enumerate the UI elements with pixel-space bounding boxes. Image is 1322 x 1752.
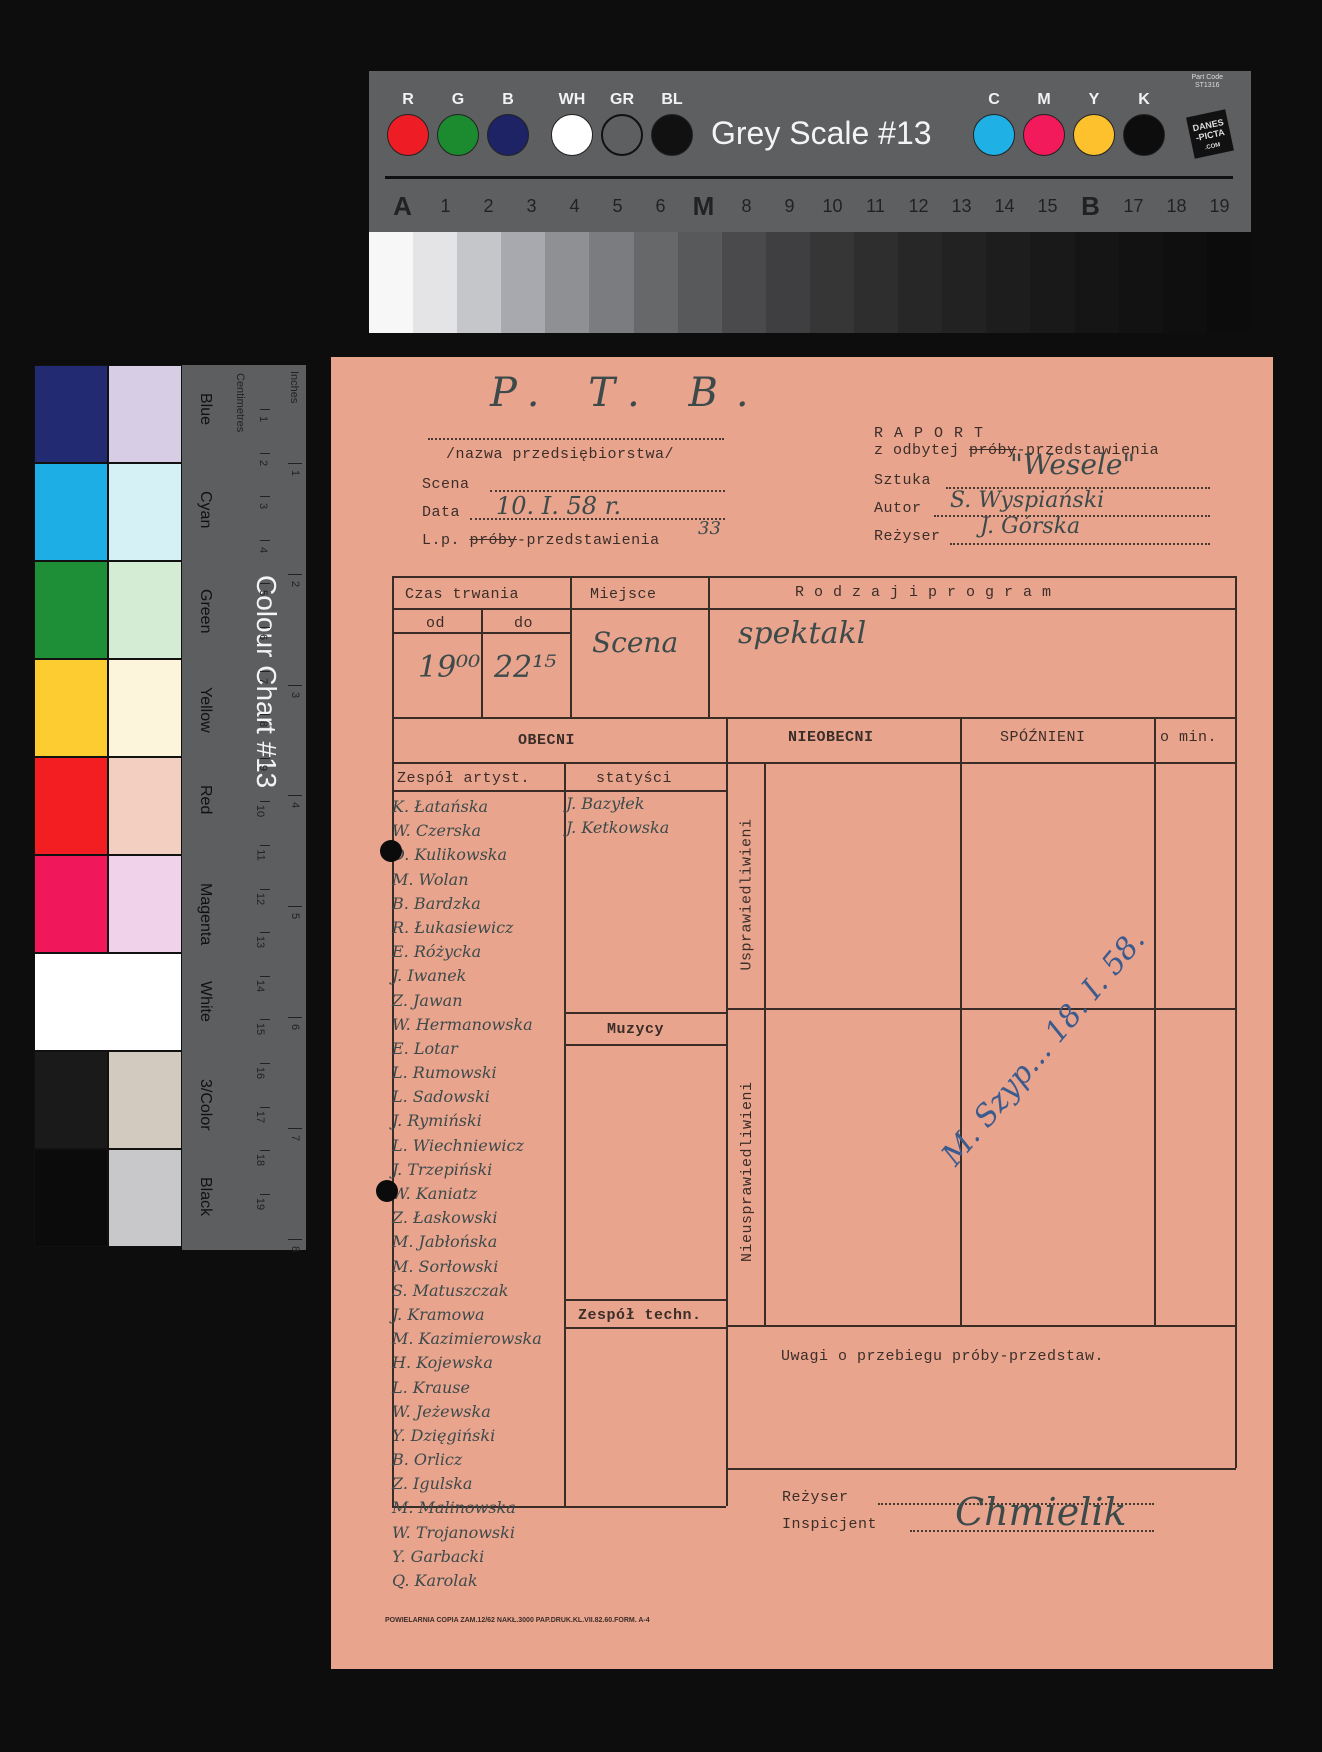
colour-name-label: 3/Color xyxy=(196,1079,214,1131)
patch-blue-dark xyxy=(34,365,108,463)
danes-picta-logo: DANES-PICTA.COM xyxy=(1186,109,1234,158)
grey-step xyxy=(898,232,942,333)
grey-step xyxy=(501,232,545,333)
color-swatch-k xyxy=(1123,114,1165,156)
cm-tick-label: 15 xyxy=(254,1023,266,1035)
sztuka-value: "Wesele" xyxy=(1010,448,1135,481)
step-label: 13 xyxy=(940,196,983,224)
dotted-line xyxy=(950,543,1210,545)
patch-magenta-dark xyxy=(34,855,108,953)
cm-tick-label: 4 xyxy=(257,547,269,553)
colour-chart: Colour Chart #13 Centimetres Inches Blue… xyxy=(34,365,306,1250)
autor-value: S. Wyspiański xyxy=(950,488,1104,513)
artist-name: D. Kulikowska xyxy=(392,843,592,867)
colour-name-label: Blue xyxy=(196,393,214,425)
statysci-header: statyści xyxy=(596,770,672,787)
zespol-artyst-header: Zespół artyst. xyxy=(397,770,530,787)
swatch-label: WH xyxy=(550,91,594,109)
obecni-header: OBECNI xyxy=(518,732,575,749)
grey-step xyxy=(1119,232,1163,333)
step-label: 1 xyxy=(424,196,467,224)
zespol-techn-header: Zespół techn. xyxy=(578,1307,702,1324)
grey-scale-title: Grey Scale #13 xyxy=(711,115,932,152)
table-rule xyxy=(726,1325,1236,1327)
step-label: 17 xyxy=(1112,196,1155,224)
artist-name: J. Iwanek xyxy=(392,964,592,988)
cm-tick-label: 8 xyxy=(257,721,269,727)
artist-list: K. ŁatańskaW. CzerskaD. KulikowskaM. Wol… xyxy=(392,795,592,1593)
patch-green-dark xyxy=(34,561,108,659)
cm-tick-label: 14 xyxy=(254,980,266,992)
artist-name: Y. Dzięgiński xyxy=(392,1424,592,1448)
grey-step xyxy=(678,232,722,333)
nieobecni-header: NIEOBECNI xyxy=(788,729,874,746)
color-swatch-c xyxy=(973,114,1015,156)
artist-name: E. Różycka xyxy=(392,940,592,964)
step-label: 18 xyxy=(1155,196,1198,224)
inch-tick-label: 7 xyxy=(289,1135,301,1141)
czas-trwania-label: Czas trwania xyxy=(405,586,519,603)
artist-name: Z. Igulska xyxy=(392,1472,592,1496)
step-label: 9 xyxy=(768,196,811,224)
grey-scale-card: RGBWHGRBLCMYK Grey Scale #13 Part CodeST… xyxy=(369,71,1251,333)
patch-3-color-dark xyxy=(34,1051,108,1149)
artist-name: Y. Garbacki xyxy=(392,1545,592,1569)
lp-label: L.p. próby-przedstawienia xyxy=(422,532,660,549)
swatch-label: K xyxy=(1122,91,1166,109)
step-label: 5 xyxy=(596,196,639,224)
uwagi-label: Uwagi o przebiegu próby-przedstaw. xyxy=(781,1348,1104,1365)
step-labels: A123456M89101112131415B171819 xyxy=(381,196,1241,224)
patch-red-light xyxy=(108,757,182,855)
colour-name-label: Yellow xyxy=(196,687,214,733)
color-swatch-b xyxy=(487,114,529,156)
table-rule xyxy=(726,1008,1236,1010)
cm-tick-label: 9 xyxy=(257,765,269,771)
step-label: 4 xyxy=(553,196,596,224)
step-label: 10 xyxy=(811,196,854,224)
cm-tick-label: 3 xyxy=(257,503,269,509)
table-rule xyxy=(726,1468,1236,1470)
colour-patches xyxy=(34,365,182,1250)
dotted-line xyxy=(428,438,724,440)
do-label: do xyxy=(514,615,533,632)
extra-name: J. Bazyłek xyxy=(566,792,766,816)
color-swatch-g xyxy=(437,114,479,156)
artist-name: W. Czerska xyxy=(392,819,592,843)
patch-blue-light xyxy=(108,365,182,463)
artist-name: J. Trzepiński xyxy=(392,1158,592,1182)
swatch-label: B xyxy=(486,91,530,109)
color-swatch-r xyxy=(387,114,429,156)
divider xyxy=(385,176,1233,179)
artist-name: S. Matuszczak xyxy=(392,1279,592,1303)
artist-name: J. Kramowa xyxy=(392,1303,592,1327)
grey-step xyxy=(413,232,457,333)
usprawiedliwieni-label: Usprawiedliwieni xyxy=(739,831,756,971)
step-label: 6 xyxy=(639,196,682,224)
patch-black-dark xyxy=(34,1149,108,1247)
artist-name: M. Sorłowski xyxy=(392,1255,592,1279)
patch-green-light xyxy=(108,561,182,659)
inch-tick-label: 2 xyxy=(289,581,301,587)
miejsce-value: Scena xyxy=(592,626,678,659)
artist-name: R. Łukasiewicz xyxy=(392,916,592,940)
grey-step xyxy=(766,232,810,333)
swatch-label: Y xyxy=(1072,91,1116,109)
footer-rezyser-label: Reżyser xyxy=(782,1489,849,1506)
step-label: 14 xyxy=(983,196,1026,224)
step-label: 2 xyxy=(467,196,510,224)
colour-chart-ruler: Colour Chart #13 Centimetres Inches Blue… xyxy=(182,365,306,1250)
patch-3-color-light xyxy=(108,1051,182,1149)
company-name-handwritten: P. T. B. xyxy=(490,370,767,416)
grey-step xyxy=(1075,232,1119,333)
step-label: A xyxy=(381,191,424,224)
extra-name: J. Ketkowska xyxy=(566,816,766,840)
artist-name: K. Łatańska xyxy=(392,795,592,819)
artist-name: L. Rumowski xyxy=(392,1061,592,1085)
artist-name: M. Jabłońska xyxy=(392,1230,592,1254)
color-swatch-y xyxy=(1073,114,1115,156)
cm-tick-label: 16 xyxy=(254,1067,266,1079)
spoznieni-header: SPÓŹNIENI xyxy=(1000,729,1086,746)
inch-tick-label: 5 xyxy=(289,913,301,919)
lp-value: 33 xyxy=(698,518,721,539)
rezyser-label: Reżyser xyxy=(874,528,941,545)
step-label: 11 xyxy=(854,196,897,224)
table-rule xyxy=(960,717,962,1325)
table-rule xyxy=(570,576,572,717)
punch-hole xyxy=(380,840,402,862)
step-label: M xyxy=(682,191,725,224)
rodzaj-label: R o d z a j i p r o g r a m xyxy=(795,584,1052,601)
table-rule xyxy=(392,717,1236,719)
cm-tick-label: 2 xyxy=(257,460,269,466)
artist-name: M. Wolan xyxy=(392,868,592,892)
artist-name: M. Malinowska xyxy=(392,1496,592,1520)
step-label: 12 xyxy=(897,196,940,224)
swatch-label: R xyxy=(386,91,430,109)
step-label: 15 xyxy=(1026,196,1069,224)
autor-label: Autor xyxy=(874,500,922,517)
artist-name: W. Kaniatz xyxy=(392,1182,592,1206)
patch-white xyxy=(34,953,182,1051)
inches-label: Inches xyxy=(288,371,300,403)
patch-black-light xyxy=(108,1149,182,1247)
grey-step xyxy=(722,232,766,333)
cm-tick-label: 18 xyxy=(254,1154,266,1166)
artist-name: B. Bardzka xyxy=(392,892,592,916)
table-rule xyxy=(392,608,1236,610)
muzycy-header: Muzycy xyxy=(607,1021,664,1038)
grey-step xyxy=(986,232,1030,333)
artist-name: W. Trojanowski xyxy=(392,1521,592,1545)
patch-yellow-dark xyxy=(34,659,108,757)
cm-tick-label: 10 xyxy=(254,805,266,817)
cm-tick-label: 6 xyxy=(257,634,269,640)
color-swatch-m xyxy=(1023,114,1065,156)
cm-tick-label: 19 xyxy=(254,1198,266,1210)
grey-step xyxy=(634,232,678,333)
colour-name-label: Black xyxy=(196,1177,214,1216)
patch-red-dark xyxy=(34,757,108,855)
o-min-header: o min. xyxy=(1160,729,1217,746)
artist-name: L. Krause xyxy=(392,1376,592,1400)
artist-name: H. Kojewska xyxy=(392,1351,592,1375)
inch-tick-label: 8 xyxy=(289,1246,301,1252)
centimetres-label: Centimetres xyxy=(234,373,246,432)
artist-name: Z. Łaskowski xyxy=(392,1206,592,1230)
swatch-label: GR xyxy=(600,91,644,109)
artist-name: Q. Karolak xyxy=(392,1569,592,1593)
inch-tick-label: 6 xyxy=(289,1024,301,1030)
grey-step xyxy=(457,232,501,333)
cm-tick-label: 1 xyxy=(257,416,269,422)
colour-name-label: White xyxy=(196,981,214,1022)
swatch-label: C xyxy=(972,91,1016,109)
patch-cyan-dark xyxy=(34,463,108,561)
step-label: 19 xyxy=(1198,196,1241,224)
artist-name: W. Jeżewska xyxy=(392,1400,592,1424)
extras-list: J. BazyłekJ. Ketkowska xyxy=(566,792,766,840)
colour-name-label: Magenta xyxy=(196,883,214,945)
rezyser-value: J. Górska xyxy=(980,514,1080,539)
grey-step xyxy=(1163,232,1207,333)
printer-line: POWIELARNIA COPIA ZAM.12/62 NAKŁ.3000 PA… xyxy=(385,1617,650,1624)
inspicjent-signature: Chmielik xyxy=(955,1490,1127,1534)
do-value: 22¹⁵ xyxy=(494,650,556,685)
cm-tick-label: 7 xyxy=(257,678,269,684)
step-label: B xyxy=(1069,191,1112,224)
company-label: /nazwa przedsiębiorstwa/ xyxy=(446,446,674,463)
artist-name: L. Wiechniewicz xyxy=(392,1134,592,1158)
step-label: 8 xyxy=(725,196,768,224)
table-rule xyxy=(708,576,710,717)
cm-tick-label: 5 xyxy=(257,590,269,596)
swatch-label: M xyxy=(1022,91,1066,109)
report-title: R A P O R T xyxy=(874,425,984,442)
table-rule xyxy=(392,576,1236,578)
artist-name: B. Orlicz xyxy=(392,1448,592,1472)
cm-tick-label: 17 xyxy=(254,1110,266,1122)
od-value: 19⁰⁰ xyxy=(418,650,480,685)
artist-name: E. Lotar xyxy=(392,1037,592,1061)
table-rule xyxy=(481,608,483,717)
grey-step xyxy=(1207,232,1251,333)
artist-name: Z. Jawan xyxy=(392,989,592,1013)
data-label: Data xyxy=(422,504,460,521)
sztuka-label: Sztuka xyxy=(874,472,931,489)
cm-tick-label: 11 xyxy=(254,849,266,860)
punch-hole xyxy=(376,1180,398,1202)
step-label: 3 xyxy=(510,196,553,224)
data-value: 10. I. 58 r. xyxy=(496,492,621,520)
colour-name-label: Cyan xyxy=(196,491,214,528)
colour-name-label: Red xyxy=(196,785,214,814)
grey-step xyxy=(810,232,854,333)
color-swatch-gr xyxy=(601,114,643,156)
grey-step xyxy=(1030,232,1074,333)
artist-name: L. Sadowski xyxy=(392,1085,592,1109)
table-rule xyxy=(1154,717,1156,1325)
inch-tick-label: 4 xyxy=(289,802,301,808)
artist-name: M. Kazimierowska xyxy=(392,1327,592,1351)
patch-cyan-light xyxy=(108,463,182,561)
cm-tick-label: 12 xyxy=(254,892,266,904)
part-code: Part CodeST1316 xyxy=(1191,74,1223,90)
grey-step xyxy=(854,232,898,333)
artist-name: J. Rymiński xyxy=(392,1109,592,1133)
patch-yellow-light xyxy=(108,659,182,757)
grey-step xyxy=(369,232,413,333)
grey-step xyxy=(942,232,986,333)
swatch-label: BL xyxy=(650,91,694,109)
miejsce-label: Miejsce xyxy=(590,586,657,603)
rodzaj-value: spektakl xyxy=(738,616,866,651)
nieusprawiedliwieni-label: Nieusprawiedliwieni xyxy=(739,1087,756,1262)
footer-inspicjent-label: Inspicjent xyxy=(782,1516,877,1533)
cm-tick-label: 13 xyxy=(254,936,266,948)
scena-label: Scena xyxy=(422,476,470,493)
inch-tick-label: 1 xyxy=(289,470,301,476)
color-swatch-bl xyxy=(651,114,693,156)
patch-magenta-light xyxy=(108,855,182,953)
od-label: od xyxy=(426,615,445,632)
artist-name: W. Hermanowska xyxy=(392,1013,592,1037)
grey-step xyxy=(589,232,633,333)
swatch-label: G xyxy=(436,91,480,109)
grey-step xyxy=(545,232,589,333)
table-rule xyxy=(392,762,1236,764)
grey-step-strip xyxy=(369,232,1251,333)
color-swatch-wh xyxy=(551,114,593,156)
colour-name-label: Green xyxy=(196,589,214,633)
table-rule xyxy=(764,762,766,1325)
inch-tick-label: 3 xyxy=(289,692,301,698)
table-rule xyxy=(1235,576,1237,1468)
